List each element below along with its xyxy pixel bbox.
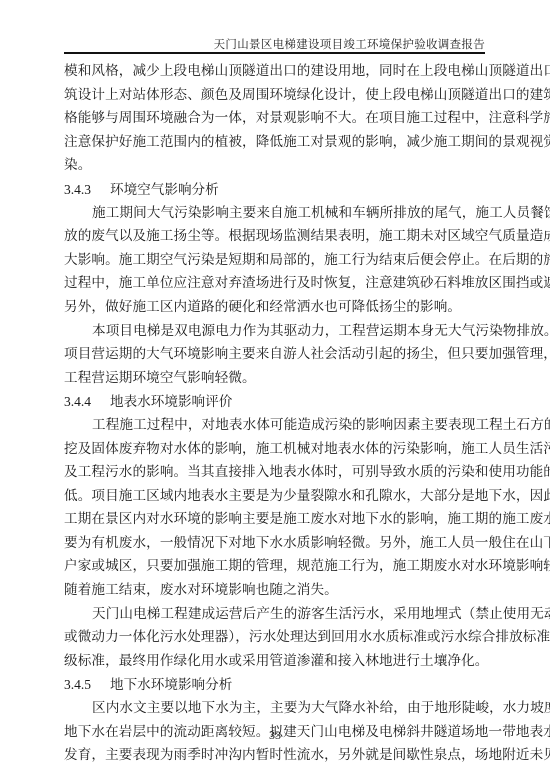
text-line: 放的废气以及施工扬尘等。根据现场监测结果表明，施工期未对区域空气质量造成较 [64,225,486,249]
section-number: 3.4.3 [64,178,110,202]
text-line: 区内水文主要以地下水为主，主要为大气降水补给，由于地形陡峻，水力坡度大， [64,697,486,721]
text-line: 本项目电梯是双电源电力作为其驱动力，工程营运期本身无大气污染物排放。本 [64,320,486,344]
text-line: 格能够与周围环境融合为一体，对景观影响不大。在项目施工过程中，注意科学施工 [64,107,486,131]
section-title: 环境空气影响分析 [110,182,219,198]
text-line: 另外，做好施工区内道路的硬化和经常洒水也可降低扬尘的影响。 [64,296,486,320]
section-heading-3-4-5: 3.4.5地下水环境影响分析 [64,673,486,697]
text-line: 染。 [64,154,486,178]
text-line: 工程施工过程中，对地表水体可能造成污染的影响因素主要表现工程土石方的开 [64,414,486,438]
page-body: 模和风格，减少上段电梯山顶隧道出口的建设用地，同时在上段电梯山顶隧道出口建 筑设… [64,60,486,768]
section-heading-3-4-4: 3.4.4地表水环境影响评价 [64,390,486,414]
text-line: 工期在景区内对水环境的影响主要是施工废水对地下水的影响，施工期的施工废水主 [64,508,486,532]
section-heading-3-4-3: 3.4.3环境空气影响分析 [64,178,486,202]
text-line: 随着施工结束，废水对环境影响也随之消失。 [64,579,486,603]
paragraph-landscape-continuation: 模和风格，减少上段电梯山顶隧道出口的建设用地，同时在上段电梯山顶隧道出口建 筑设… [64,60,486,178]
text-line: 低。项目施工区域内地表水主要是为少量裂隙水和孔隙水，大部分是地下水，因此施 [64,485,486,509]
running-header: 天门山景区电梯建设项目竣工环境保护验收调查报告 [64,36,485,52]
text-line: 筑设计上对站体形态、颜色及周围环境绿化设计，使上段电梯山顶隧道出口的建筑风 [64,84,486,108]
text-line: 模和风格，减少上段电梯山顶隧道出口的建设用地，同时在上段电梯山顶隧道出口建 [64,60,486,84]
text-line: 项目营运期的大气环境影响主要来自游人社会活动引起的扬尘，但只要加强管理，本 [64,343,486,367]
paragraph-air-construction: 施工期间大气污染影响主要来自施工机械和车辆所排放的尾气，施工人员餐饮排 放的废气… [64,202,486,320]
text-line: 或微动力一体化污水处理器），污水处理达到回用水水质标准或污水综合排放标准的一 [64,626,486,650]
section-number: 3.4.5 [64,673,110,697]
text-line: 发育，主要表现为雨季时冲沟内暂时性流水，另外就是间歇性泉点，场地附近未见地 [64,744,486,768]
paragraph-air-operation: 本项目电梯是双电源电力作为其驱动力，工程营运期本身无大气污染物排放。本 项目营运… [64,320,486,391]
document-page: 天门山景区电梯建设项目竣工环境保护验收调查报告 模和风格，减少上段电梯山顶隧道出… [0,0,550,778]
text-line: 过程中，施工单位应注意对弃渣场进行及时恢复，注意建筑砂石料堆放区围挡或遮盖， [64,272,486,296]
section-title: 地下水环境影响分析 [110,677,232,693]
text-line: 户家或城区，只要加强施工期的管理，规范施工行为，施工期废水对水环境影响较小。 [64,555,486,579]
text-line: 及工程污水的影响。当其直接排入地表水体时，可别导致水质的污染和使用功能的降 [64,461,486,485]
text-line: 挖及固体废弃物对水体的影响，施工机械对地表水体的污染影响，施工人员生活污水 [64,438,486,462]
text-line: 施工期间大气污染影响主要来自施工机械和车辆所排放的尾气，施工人员餐饮排 [64,202,486,226]
section-number: 3.4.4 [64,390,110,414]
paragraph-surface-water-operation: 天门山电梯工程建成运营后产生的游客生活污水，采用地埋式（禁止使用无动力 或微动力… [64,603,486,674]
text-line: 天门山电梯工程建成运营后产生的游客生活污水，采用地埋式（禁止使用无动力 [64,603,486,627]
header-rule [64,52,485,54]
section-title: 地表水环境影响评价 [110,394,232,410]
paragraph-surface-water-construction: 工程施工过程中，对地表水体可能造成污染的影响因素主要表现工程土石方的开 挖及固体… [64,414,486,603]
text-line: 工程营运期环境空气影响轻微。 [64,367,486,391]
text-line: 要为有机废水，一般情况下对地下水水质影响轻微。另外，施工人员一般住在山下农 [64,532,486,556]
text-line: 级标准，最终用作绿化用水或采用管道渗灌和接入林地进行土壤净化。 [64,650,486,674]
text-line: 注意保护好施工范围内的植被，降低施工对景观的影响，减少施工期间的景观视觉污 [64,131,486,155]
page-number: 33 [0,728,550,743]
text-line: 大影响。施工期空气污染是短期和局部的，施工行为结束后便会停止。在后期的施工 [64,249,486,273]
